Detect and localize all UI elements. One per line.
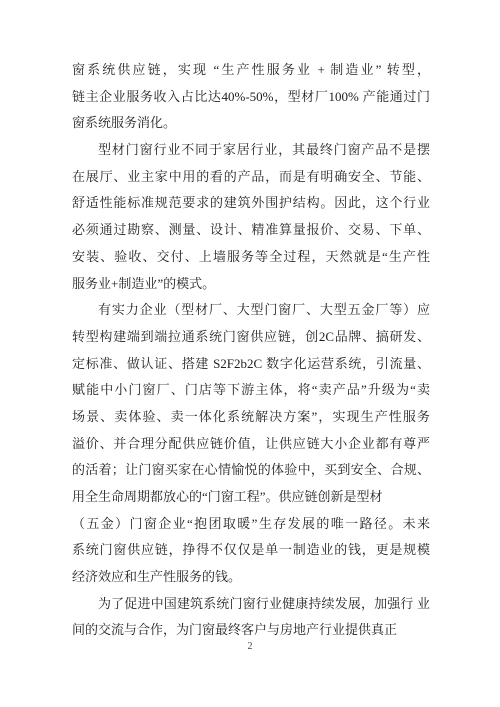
text-line: 服务业+制造业”的模式。 <box>72 271 430 298</box>
page-number: 2 <box>0 640 500 654</box>
text-line: 窗系统服务消化。 <box>72 110 430 137</box>
text-line: 窗系统供应链，实现 “生产性服务业 + 制造业” 转型， <box>72 57 430 84</box>
paragraph: 有实力企业（型材厂、大型门窗厂、大型五金厂等）应转型构建端到端拉通系统门窗供应链… <box>72 297 430 591</box>
text-line: 型材门窗行业不同于家居行业，其最终门窗产品不是摆 <box>72 137 430 164</box>
text-line: （五金）门窗企业“抱团取暖”生存发展的唯一路径。未来 <box>72 511 430 538</box>
document-page: 窗系统供应链，实现 “生产性服务业 + 制造业” 转型，链主企业服务收入占比达4… <box>0 0 500 707</box>
text-line: 的活着；让门窗买家在心情愉悦的体验中，买到安全、合规、 适 <box>72 457 430 484</box>
document-body: 窗系统供应链，实现 “生产性服务业 + 制造业” 转型，链主企业服务收入占比达4… <box>72 57 430 644</box>
text-line: 溢价、并合理分配供应链价值，让供应链大小企业都有尊严 <box>72 431 430 458</box>
text-line: 在展厅、业主家中用的看的产品，而是有明确安全、节能、 <box>72 164 430 191</box>
text-line: 必须通过勘察、测量、设计、精准算量报价、交易、下单、 <box>72 217 430 244</box>
text-line: 赋能中小门窗厂、门店等下游主体，将“卖产品”升级为“卖 <box>72 377 430 404</box>
text-line: 为了促进中国建筑系统门窗行业健康持续发展，加强行 业 <box>72 591 430 618</box>
paragraph: 窗系统供应链，实现 “生产性服务业 + 制造业” 转型，链主企业服务收入占比达4… <box>72 57 430 137</box>
text-line: 有实力企业（型材厂、大型门窗厂、大型五金厂等）应 <box>72 297 430 324</box>
text-line: 链主企业服务收入占比达40%-50%，型材厂100% 产能通过门 <box>72 84 430 111</box>
text-line: 安装、验收、交付、上墙服务等全过程，天然就是“生产性 <box>72 244 430 271</box>
text-line: 系统门窗供应链，挣得不仅仅是单一制造业的钱，更是规模 <box>72 537 430 564</box>
text-line: 场景、卖体验、卖一体化系统解决方案”，实现生产性服务 <box>72 404 430 431</box>
text-line: 转型构建端到端拉通系统门窗供应链，创2C品牌、搞研发、 <box>72 324 430 351</box>
paragraph: 型材门窗行业不同于家居行业，其最终门窗产品不是摆在展厅、业主家中用的看的产品，而… <box>72 137 430 297</box>
text-line: 用全生命周期都放心的“门窗工程”。供应链创新是型材 <box>72 484 430 511</box>
paragraph: 为了促进中国建筑系统门窗行业健康持续发展，加强行 业间的交流与合作，为门窗最终客… <box>72 591 430 644</box>
text-line: 舒适性能标准规范要求的建筑外围护结构。因此，这个行业 <box>72 190 430 217</box>
text-line: 定标准、做认证、搭建 S2F2b2C 数字化运营系统，引流量、 <box>72 351 430 378</box>
text-line: 经济效应和生产性服务的钱。 <box>72 564 430 591</box>
